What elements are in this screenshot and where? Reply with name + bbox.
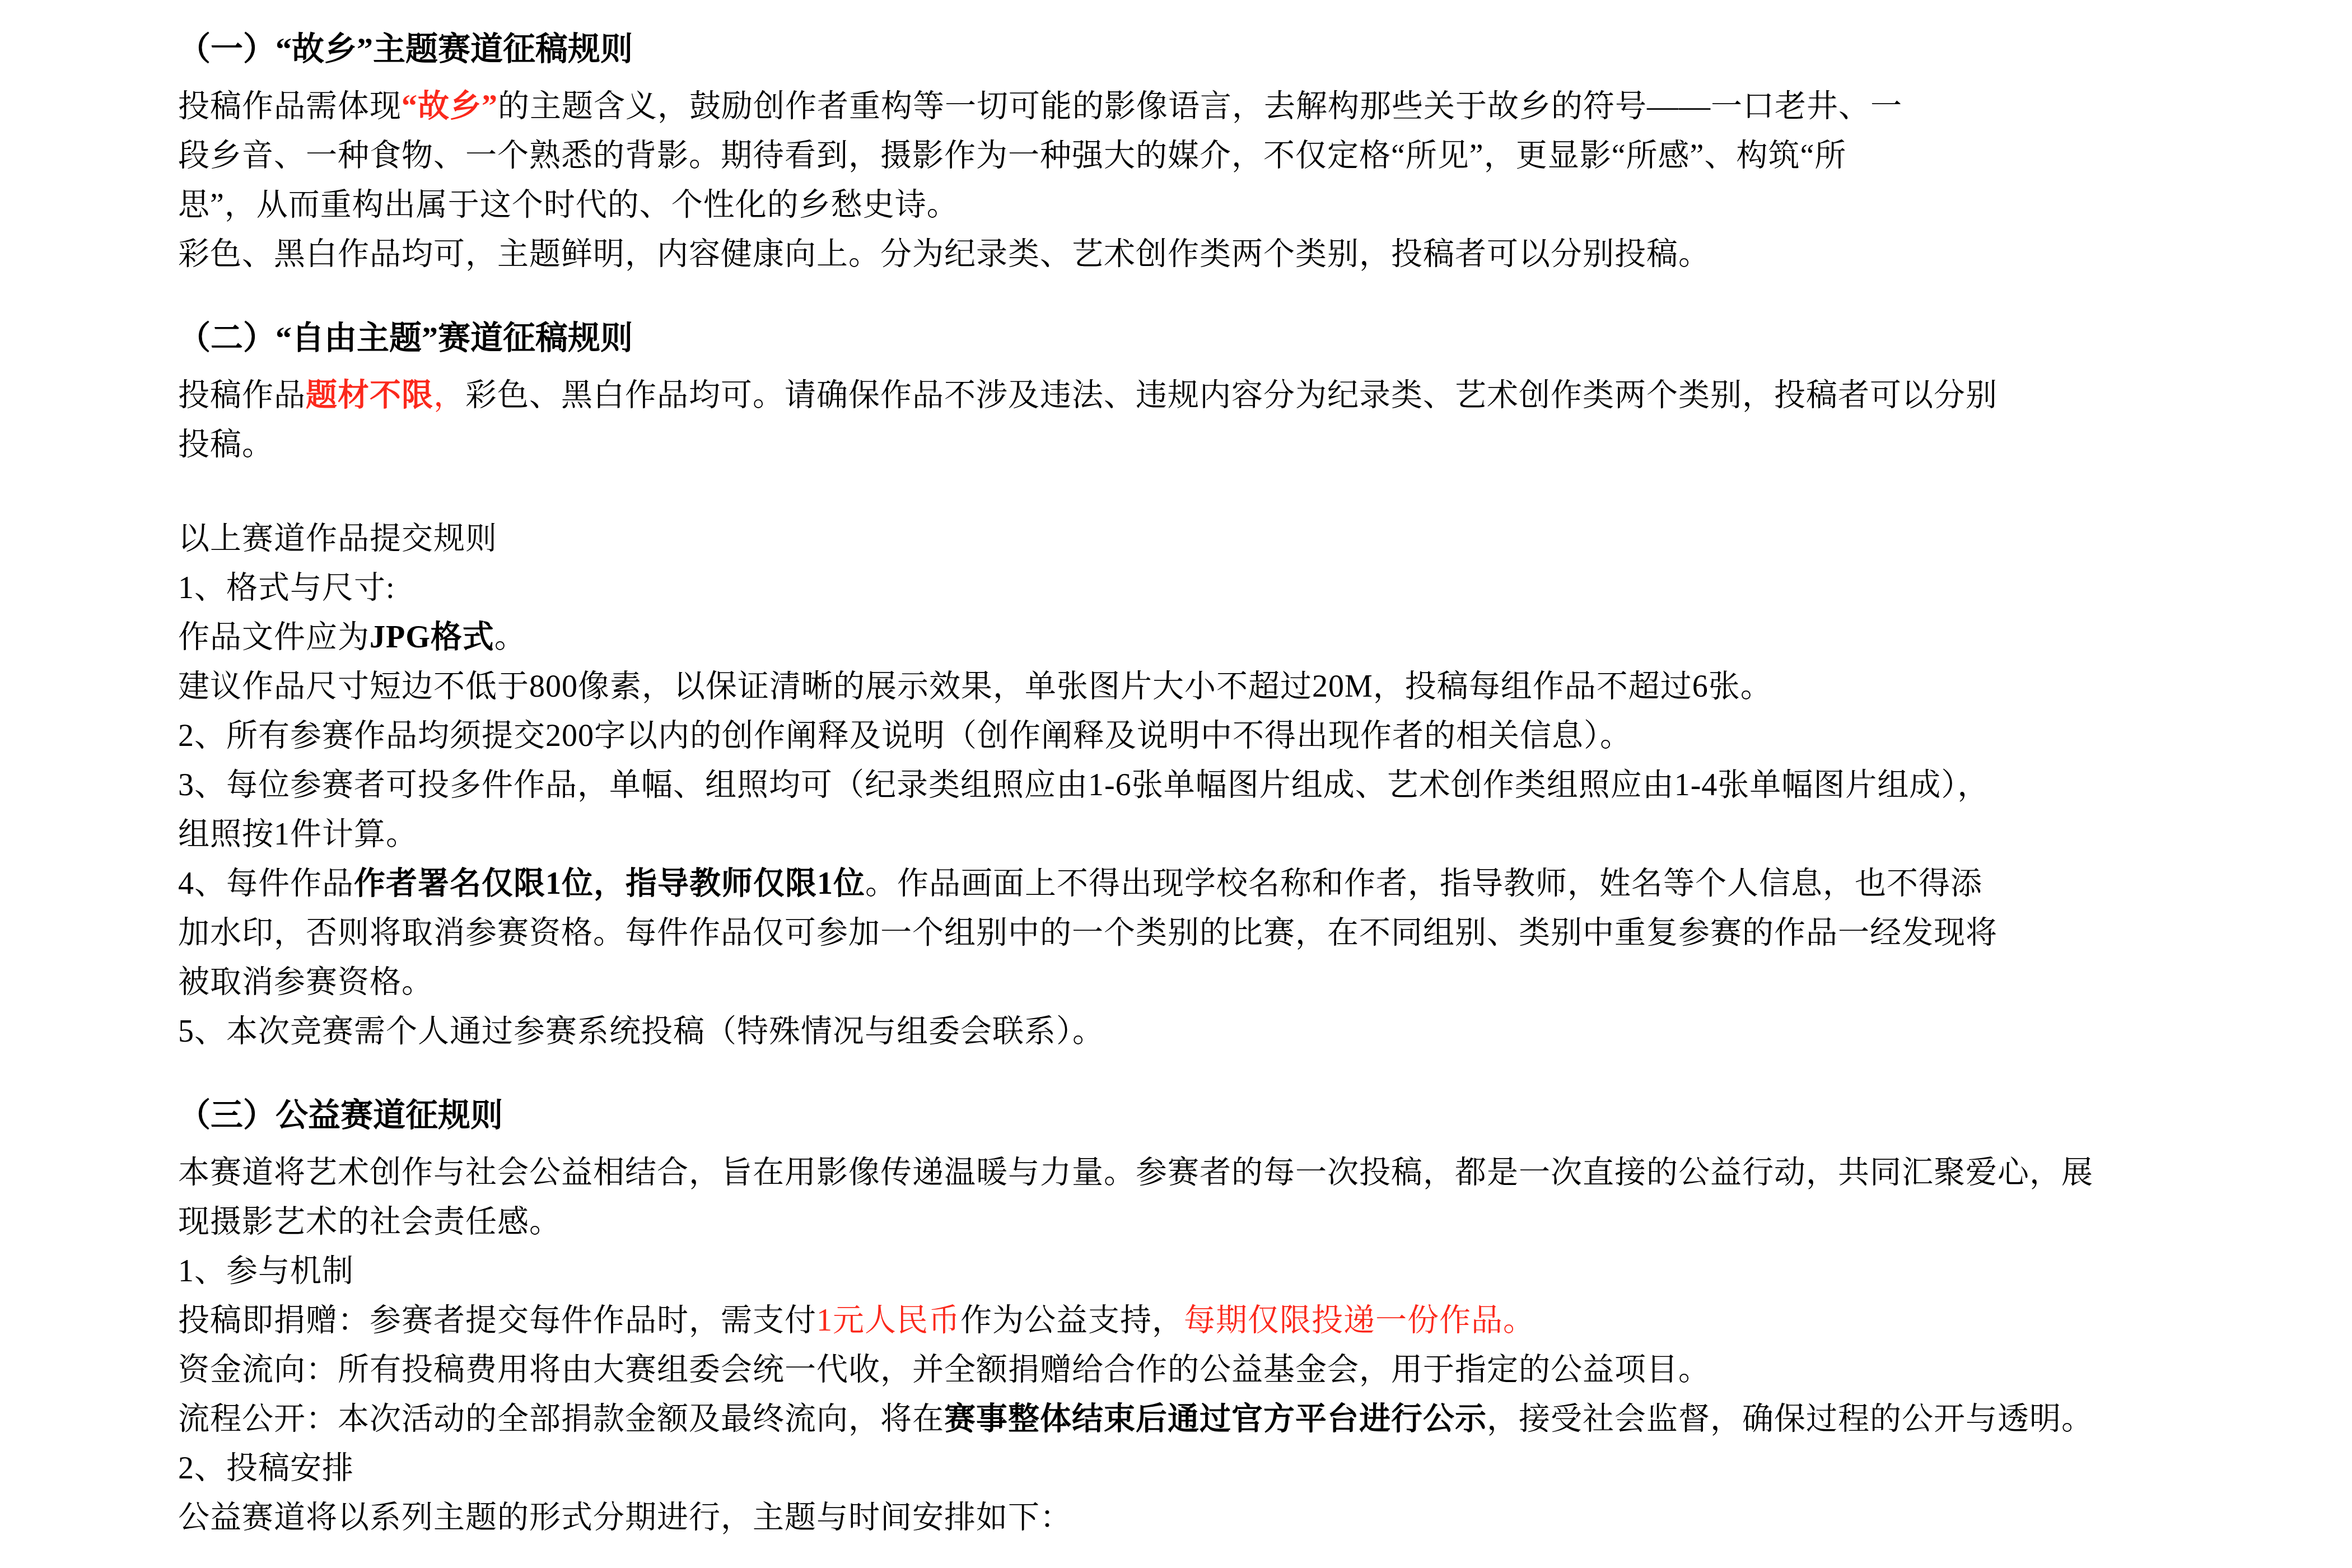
text-segment: 作者署名仅限1位，指导教师仅限1位 — [354, 866, 865, 901]
text-segment: 的主题含义，鼓励创作者重构等一切可能的影像语言，去解构那些关于故乡的符号——一口… — [498, 89, 1902, 124]
submission-rules-body-line: 被取消参赛资格。 — [178, 958, 2318, 1007]
section-1-body-line: 投稿作品需体现“故乡”的主题含义，鼓励创作者重构等一切可能的影像语言，去解构那些… — [178, 82, 2318, 131]
text-segment: 彩色、黑白作品均可，主题鲜明，内容健康向上。分为纪录类、艺术创作类两个类别，投稿… — [178, 237, 1710, 272]
text-segment: 投稿即捐赠：参赛者提交每件作品时，需支付 — [178, 1303, 816, 1338]
section-3-body-line: 本赛道将艺术创作与社会公益相结合，旨在用影像传递温暖与力量。参赛者的每一次投稿，… — [178, 1148, 2318, 1197]
section-1-body-line: 思”，从而重构出属于这个时代的、个性化的乡愁史诗。 — [178, 180, 2318, 230]
text-segment: 资金流向：所有投稿费用将由大赛组委会统一代收，并全额捐赠给合作的公益基金会，用于… — [178, 1352, 1710, 1387]
section-1-body-line: 段乡音、一种食物、一个熟悉的背影。期待看到，摄影作为一种强大的媒介，不仅定格“所… — [178, 131, 2318, 180]
submission-rules-body-line: 4、每件作品作者署名仅限1位，指导教师仅限1位。作品画面上不得出现学校名称和作者… — [178, 859, 2318, 908]
highlighted-text: 每期仅限投递一份作品。 — [1184, 1303, 1535, 1338]
text-segment: 投稿。 — [178, 427, 274, 462]
highlighted-text: 1元人民币 — [816, 1303, 960, 1338]
text-segment: 投稿作品需体现 — [178, 89, 402, 124]
section-3-body-line: 公益赛道将以系列主题的形式分期进行，主题与时间安排如下： — [178, 1493, 2318, 1542]
section-3-body-line: 2、投稿安排 — [178, 1444, 2318, 1493]
section-2-body-line: 投稿作品题材不限，彩色、黑白作品均可。请确保作品不涉及违法、违规内容分为纪录类、… — [178, 371, 2318, 420]
text-segment: 本赛道将艺术创作与社会公益相结合，旨在用影像传递温暖与力量。参赛者的每一次投稿，… — [178, 1155, 2093, 1190]
section-2-body-line: 投稿。 — [178, 420, 2318, 469]
section-3-heading: （三）公益赛道征规则 — [178, 1091, 2318, 1140]
submission-rules-body-line: 作品文件应为JPG格式。 — [178, 613, 2318, 662]
text-segment: 赛事整体结束后通过官方平台进行公示 — [944, 1402, 1487, 1436]
submission-rules-body-line: 3、每位参赛者可投多件作品，单幅、组照均可（纪录类组照应由1-6张单幅图片组成、… — [178, 760, 2318, 810]
text-segment: 被取消参赛资格。 — [178, 965, 433, 1000]
text-segment: 现摄影艺术的社会责任感。 — [178, 1205, 561, 1239]
text-segment: 1、格式与尺寸: — [178, 571, 395, 605]
submission-rules-body-line: 建议作品尺寸短边不低于800像素，以保证清晰的展示效果，单张图片大小不超过20M… — [178, 662, 2318, 711]
section-3-body-line: 现摄影艺术的社会责任感。 — [178, 1197, 2318, 1247]
text-segment: 5、本次竞赛需个人通过参赛系统投稿（特殊情况与组委会联系）。 — [178, 1014, 1104, 1049]
highlighted-text: “故乡” — [402, 89, 498, 124]
section-1-heading: （一）“故乡”主题赛道征稿规则 — [178, 25, 2318, 74]
text-segment: 加水印，否则将取消参赛资格。每件作品仅可参加一个组别中的一个类别的比赛，在不同组… — [178, 916, 1998, 950]
paragraph-spacer — [178, 469, 2318, 514]
text-segment: 思”，从而重构出属于这个时代的、个性化的乡愁史诗。 — [178, 188, 959, 222]
section-3-body-line: 资金流向：所有投稿费用将由大赛组委会统一代收，并全额捐赠给合作的公益基金会，用于… — [178, 1345, 2318, 1394]
text-segment: 段乡音、一种食物、一个熟悉的背影。期待看到，摄影作为一种强大的媒介，不仅定格“所… — [178, 138, 1846, 173]
text-segment: 。作品画面上不得出现学校名称和作者，指导教师，姓名等个人信息，也不得添 — [865, 866, 1982, 901]
text-segment: 2、投稿安排 — [178, 1451, 354, 1486]
text-segment: 以上赛道作品提交规则 — [178, 521, 497, 556]
submission-rules-body-line: 1、格式与尺寸: — [178, 563, 2318, 613]
text-segment: 作为公益支持， — [960, 1303, 1184, 1338]
text-segment: 3、每位参赛者可投多件作品，单幅、组照均可（纪录类组照应由1-6张单幅图片组成、… — [178, 768, 1989, 802]
section-1-body-line: 彩色、黑白作品均可，主题鲜明，内容健康向上。分为纪录类、艺术创作类两个类别，投稿… — [178, 230, 2318, 279]
text-segment: 投稿作品 — [178, 378, 306, 413]
text-segment: 4、每件作品 — [178, 866, 354, 901]
text-segment: JPG格式 — [370, 620, 494, 655]
text-segment: 2、所有参赛作品均须提交200字以内的创作阐释及说明（创作阐释及说明中不得出现作… — [178, 718, 1632, 753]
text-segment: 建议作品尺寸短边不低于800像素，以保证清晰的展示效果，单张图片大小不超过20M… — [178, 669, 1772, 704]
submission-rules-body-line: 组照按1件计算。 — [178, 810, 2318, 859]
submission-rules-body-line: 5、本次竞赛需个人通过参赛系统投稿（特殊情况与组委会联系）。 — [178, 1007, 2318, 1056]
text-segment: 流程公开：本次活动的全部捐款金额及最终流向，将在 — [178, 1402, 944, 1436]
section-3-body-line: 投稿即捐赠：参赛者提交每件作品时，需支付1元人民币作为公益支持，每期仅限投递一份… — [178, 1296, 2318, 1345]
section-2-heading: （二）“自由主题”赛道征稿规则 — [178, 314, 2318, 363]
highlighted-text: 题材不限 — [306, 378, 433, 413]
highlighted-text: ， — [433, 378, 465, 413]
text-segment: 彩色、黑白作品均可。请确保作品不涉及违法、违规内容分为纪录类、艺术创作类两个类别… — [465, 378, 1998, 413]
text-segment: 1、参与机制 — [178, 1254, 354, 1289]
section-3-body-line: 1、参与机制 — [178, 1247, 2318, 1296]
submission-rules-body-line: 以上赛道作品提交规则 — [178, 514, 2318, 563]
text-segment: 组照按1件计算。 — [178, 817, 418, 852]
text-segment: 公益赛道将以系列主题的形式分期进行，主题与时间安排如下： — [178, 1500, 1072, 1535]
section-3-body-line: 流程公开：本次活动的全部捐款金额及最终流向，将在赛事整体结束后通过官方平台进行公… — [178, 1394, 2318, 1444]
text-segment: ，接受社会监督，确保过程的公开与透明。 — [1487, 1402, 2093, 1436]
document-body: （一）“故乡”主题赛道征稿规则投稿作品需体现“故乡”的主题含义，鼓励创作者重构等… — [0, 0, 2352, 1542]
submission-rules-body-line: 加水印，否则将取消参赛资格。每件作品仅可参加一个组别中的一个类别的比赛，在不同组… — [178, 908, 2318, 958]
text-segment: 。 — [494, 620, 526, 655]
submission-rules-body-line: 2、所有参赛作品均须提交200字以内的创作阐释及说明（创作阐释及说明中不得出现作… — [178, 711, 2318, 760]
text-segment: 作品文件应为 — [178, 620, 370, 655]
